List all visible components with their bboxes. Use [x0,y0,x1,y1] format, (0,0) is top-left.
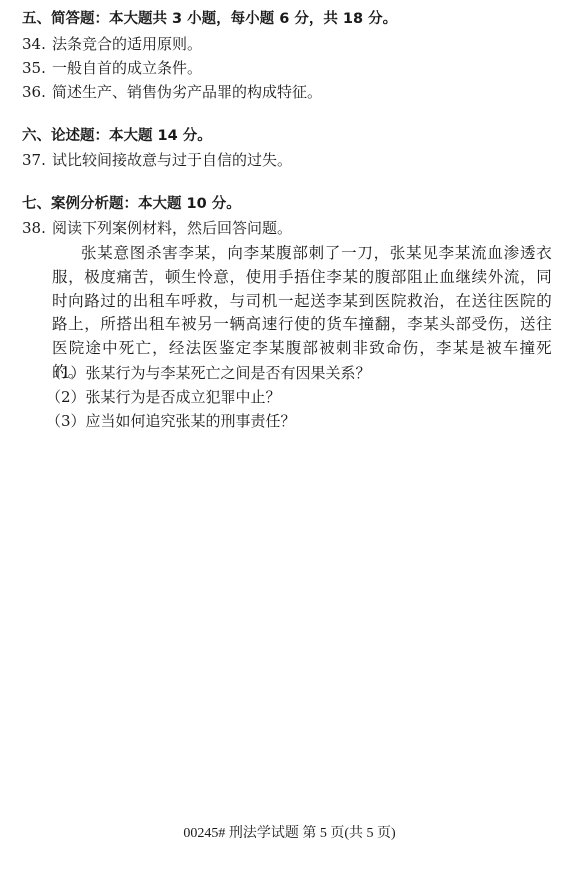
question-text: 一般自首的成立条件。 [52,59,202,77]
question-text: 试比较间接故意与过于自信的过失。 [52,151,292,169]
section-7-heading: 七、案例分析题：本大题 10 分。 [22,194,241,214]
section-6-heading: 六、论述题：本大题 14 分。 [22,126,212,146]
question-38: 38.阅读下列案例材料，然后回答问题。 [22,218,292,238]
question-text: 法条竞合的适用原则。 [52,35,202,53]
sub-question-1: （1）张某行为与李某死亡之间是否有因果关系？ [46,363,371,383]
question-number: 36. [22,82,52,102]
question-number: 35. [22,58,52,78]
question-number: 37. [22,150,52,170]
question-text: 简述生产、销售伪劣产品罪的构成特征。 [52,83,322,101]
question-number: 38. [22,218,52,238]
question-36: 36.简述生产、销售伪劣产品罪的构成特征。 [22,82,322,102]
question-35: 35.一般自首的成立条件。 [22,58,202,78]
sub-question-2: （2）张某行为是否成立犯罪中止？ [46,387,281,407]
question-34: 34.法条竞合的适用原则。 [22,34,202,54]
question-37: 37.试比较间接故意与过于自信的过失。 [22,150,292,170]
question-text: 阅读下列案例材料，然后回答问题。 [52,219,292,237]
sub-question-3: （3）应当如何追究张某的刑事责任？ [46,411,296,431]
page-footer: 00245# 刑法学试题 第 5 页(共 5 页) [0,824,579,844]
section-5-heading: 五、简答题：本大题共 3 小题，每小题 6 分，共 18 分。 [22,9,397,29]
question-number: 34. [22,34,52,54]
